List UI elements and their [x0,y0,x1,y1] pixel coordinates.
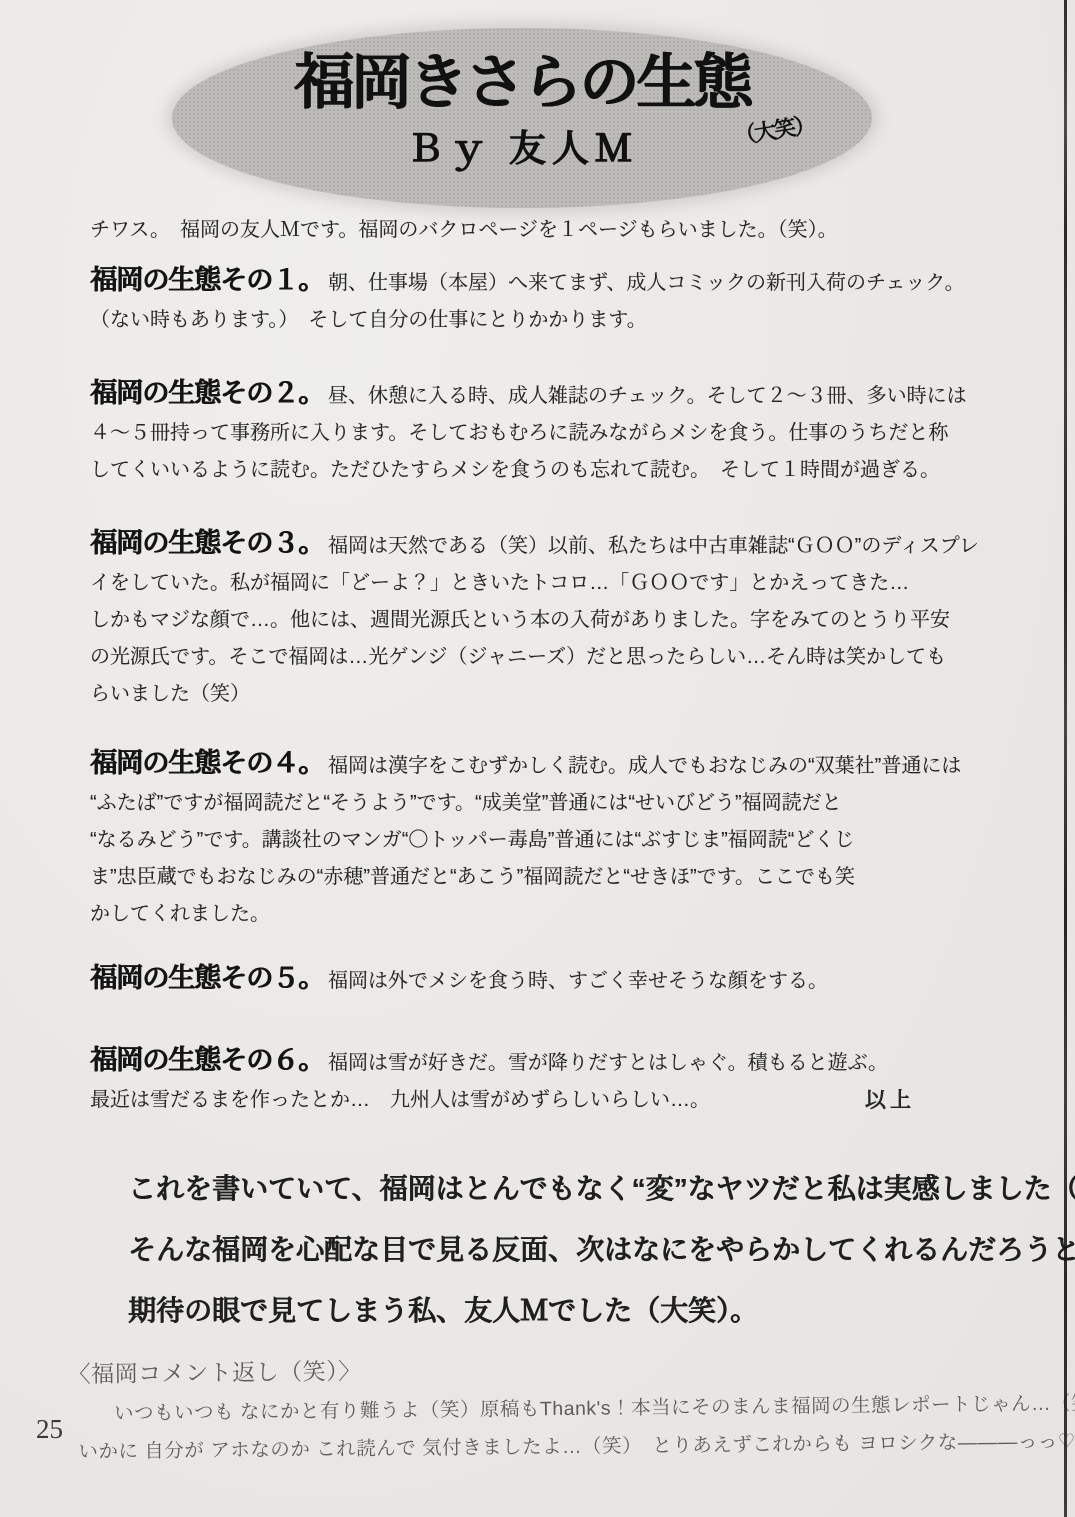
end-mark: 以上 [865,1082,915,1119]
section-1: 福岡の生態その１。朝、仕事場（本屋）へ来てまず、成人コミックの新刊入荷のチェック… [90,262,955,339]
section-2-line-1: ４～５冊持って事務所に入ります。そしておもむろに読みながらメシを食う。仕事のうち… [90,415,955,452]
section-line: 福岡の生態その４。福岡は漢字をこむずかしく読む。成人でもおなじみの“双葉社”普通… [90,745,955,785]
section-2: 福岡の生態その２。昼、休憩に入る時、成人雑誌のチェック。そして２～３冊、多い時に… [90,375,955,489]
section-4: 福岡の生態その４。福岡は漢字をこむずかしく読む。成人でもおなじみの“双葉社”普通… [90,745,955,933]
section-4-line-4: かしてくれました。 [90,896,955,933]
section-6-line-1: 最近は雪だるまを作ったとか… 九州人は雪がめずらしいらしい…。 以上 [90,1082,955,1119]
section-line: 福岡の生態その６。福岡は雪が好きだ。雪が降りだすとはしゃぐ。積もると遊ぶ。 [90,1042,955,1082]
binding-edge-line [1064,0,1067,1517]
handwritten-comment: 〈福岡コメント返し（笑）〉 いつもいつも なにかと有り難うよ（笑）原稿もThan… [67,1345,1048,1471]
section-5-header: 福岡の生態その５。 [90,963,324,993]
section-line: 福岡の生態その３。福岡は天然である（笑）以前、私たちは中古車雑誌“ＧＯＯ”のディ… [90,525,955,565]
intro-line: チワス。 福岡の友人Ｍです。福岡のバクロページを１ページもらいました。（笑）。 [90,212,970,248]
section-2-line-0: 昼、休憩に入る時、成人雑誌のチェック。そして２～３冊、多い時には [328,385,967,407]
section-4-line-0: 福岡は漢字をこむずかしく読む。成人でもおなじみの“双葉社”普通には [328,755,961,777]
section-4-line-1: “ふたば”ですが福岡読だと“そうよう”です。“成美堂”普通には“せいびどう”福岡… [90,785,955,822]
section-6-line-1-text: 最近は雪だるまを作ったとか… 九州人は雪がめずらしいらしい…。 [90,1089,710,1111]
page-title: 福岡きさらの生態 [172,50,872,116]
closing-line-1: そんな福岡を心配な目で見る反面、次はなにをやらかしてくれるんだろうという、 [128,1219,958,1280]
section-6: 福岡の生態その６。福岡は雪が好きだ。雪が降りだすとはしゃぐ。積もると遊ぶ。 最近… [90,1042,955,1119]
section-line: 福岡の生態その５。福岡は外でメシを食う時、すごく幸せそうな顔をする。 [90,960,955,1000]
section-5: 福岡の生態その５。福岡は外でメシを食う時、すごく幸せそうな顔をする。 [90,960,955,1000]
section-1-header: 福岡の生態その１。 [90,265,324,295]
section-3-line-2: しかもマジな顔で…。他には、週間光源氏という本の入荷がありました。字をみてのとう… [90,602,955,639]
title-banner: 福岡きさらの生態 （大笑） Ｂｙ 友人Ｍ [172,28,872,208]
section-line: 福岡の生態その２。昼、休憩に入る時、成人雑誌のチェック。そして２～３冊、多い時に… [90,375,955,415]
section-6-header: 福岡の生態その６。 [90,1045,324,1075]
section-3-header: 福岡の生態その３。 [90,528,324,558]
section-4-line-2: “なるみどう”です。講談社のマンガ“〇トッパー毒島”普通には“ぶすじま”福岡読“… [90,822,955,859]
section-1-line-0: 朝、仕事場（本屋）へ来てまず、成人コミックの新刊入荷のチェック。 [328,272,965,294]
section-line: 福岡の生態その１。朝、仕事場（本屋）へ来てまず、成人コミックの新刊入荷のチェック… [90,262,955,302]
page-number: 25 [36,1414,63,1445]
section-2-header: 福岡の生態その２。 [90,378,324,408]
section-3-line-3: の光源氏です。そこで福岡は…光ゲンジ（ジャニーズ）だと思ったらしい…そん時は笑か… [90,639,955,676]
section-3: 福岡の生態その３。福岡は天然である（笑）以前、私たちは中古車雑誌“ＧＯＯ”のディ… [90,525,955,713]
section-1-line-1: （ない時もあります。） そして自分の仕事にとりかかります。 [90,302,955,339]
section-3-line-1: イをしていた。私が福岡に「どーよ？」ときいたトコロ…「ＧＯＯです」とかえってきた… [90,565,955,602]
closing-paragraph: これを書いていて、福岡はとんでもなく“変”なヤツだと私は実感しました（笑） そん… [128,1158,958,1341]
closing-line-2: 期待の眼で見てしまう私、友人Ｍでした（大笑）。 [128,1280,958,1341]
closing-line-0: これを書いていて、福岡はとんでもなく“変”なヤツだと私は実感しました（笑） [128,1158,958,1219]
section-4-header: 福岡の生態その４。 [90,748,324,778]
section-3-line-0: 福岡は天然である（笑）以前、私たちは中古車雑誌“ＧＯＯ”のディスプレ [328,535,979,557]
scanned-page: 福岡きさらの生態 （大笑） Ｂｙ 友人Ｍ チワス。 福岡の友人Ｍです。福岡のバク… [0,0,1075,1517]
section-5-line-0: 福岡は外でメシを食う時、すごく幸せそうな顔をする。 [328,970,828,992]
section-4-line-3: ま”忠臣蔵でもおなじみの“赤穂”普通だと“あこう”福岡読だと“せきほ”です。ここ… [90,859,955,896]
section-3-line-4: らいました（笑） [90,676,955,713]
section-2-line-2: してくいいるように読む。ただひたすらメシを食うのも忘れて読む。 そして１時間が過… [90,452,955,489]
section-6-line-0: 福岡は雪が好きだ。雪が降りだすとはしゃぐ。積もると遊ぶ。 [328,1052,888,1074]
